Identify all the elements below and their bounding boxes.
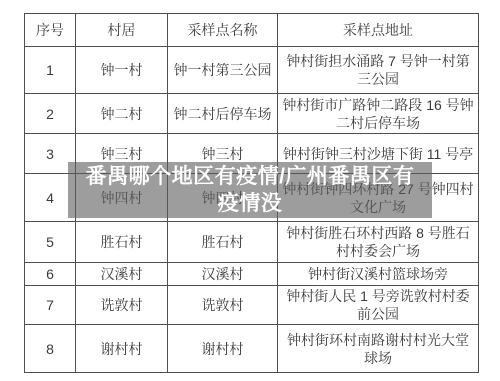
header-cell-no: 序号 xyxy=(25,14,76,47)
cell-site: 汉溪村 xyxy=(168,263,278,286)
cell-village: 谢村村 xyxy=(76,325,168,373)
cell-village: 诜敦村 xyxy=(76,286,168,325)
header-cell-site: 采样点名称 xyxy=(168,14,278,47)
cell-no: 5 xyxy=(25,222,76,263)
cell-address: 钟村街市广路钟二路段 16 号钟二村后停车场 xyxy=(278,94,479,134)
watermark-overlay: 番禺哪个地区有疫情/广州番禺区有 疫情没 xyxy=(68,162,432,218)
cell-address: 钟村街人民 1 号旁诜敦村村委前公园 xyxy=(278,286,479,325)
cell-site: 钟二村后停车场 xyxy=(168,94,278,134)
page-background: 序号 村居 采样点名称 采样点地址 1 钟一村 钟一村第三公园 钟村街担水涌路 … xyxy=(0,0,500,381)
table-row: 8 谢村村 谢村村 钟村街环村南路谢村村光大堂球场 xyxy=(25,325,479,373)
table-row: 6 汉溪村 汉溪村 钟村街汉溪村篮球场旁 xyxy=(25,263,479,286)
table-row: 5 胜石村 胜石村 钟村街胜石环村西路 8 号胜石村村委会广场 xyxy=(25,222,479,263)
cell-site: 钟一村第三公园 xyxy=(168,47,278,94)
table-header: 序号 村居 采样点名称 采样点地址 xyxy=(25,14,479,47)
cell-address: 钟村街环村南路谢村村光大堂球场 xyxy=(278,325,479,373)
cell-no: 7 xyxy=(25,286,76,325)
cell-village: 汉溪村 xyxy=(76,263,168,286)
cell-site: 谢村村 xyxy=(168,325,278,373)
table-header-row: 序号 村居 采样点名称 采样点地址 xyxy=(25,14,479,47)
cell-no: 6 xyxy=(25,263,76,286)
table-row: 2 钟二村 钟二村后停车场 钟村街市广路钟二路段 16 号钟二村后停车场 xyxy=(25,94,479,134)
cell-no: 1 xyxy=(25,47,76,94)
cell-site: 胜石村 xyxy=(168,222,278,263)
cell-no: 8 xyxy=(25,325,76,373)
cell-site: 诜敦村 xyxy=(168,286,278,325)
header-cell-village: 村居 xyxy=(76,14,168,47)
table-row: 1 钟一村 钟一村第三公园 钟村街担水涌路 7 号钟一村第三公园 xyxy=(25,47,479,94)
cell-village: 钟二村 xyxy=(76,94,168,134)
cell-village: 胜石村 xyxy=(76,222,168,263)
cell-address: 钟村街胜石环村西路 8 号胜石村村委会广场 xyxy=(278,222,479,263)
cell-address: 钟村街担水涌路 7 号钟一村第三公园 xyxy=(278,47,479,94)
cell-village: 钟一村 xyxy=(76,47,168,94)
cell-address: 钟村街汉溪村篮球场旁 xyxy=(278,263,479,286)
header-cell-address: 采样点地址 xyxy=(278,14,479,47)
table-row: 7 诜敦村 诜敦村 钟村街人民 1 号旁诜敦村村委前公园 xyxy=(25,286,479,325)
overlay-title-line2: 疫情没 xyxy=(218,190,283,217)
cell-no: 2 xyxy=(25,94,76,134)
overlay-title-line1: 番禺哪个地区有疫情/广州番禺区有 xyxy=(86,163,415,190)
